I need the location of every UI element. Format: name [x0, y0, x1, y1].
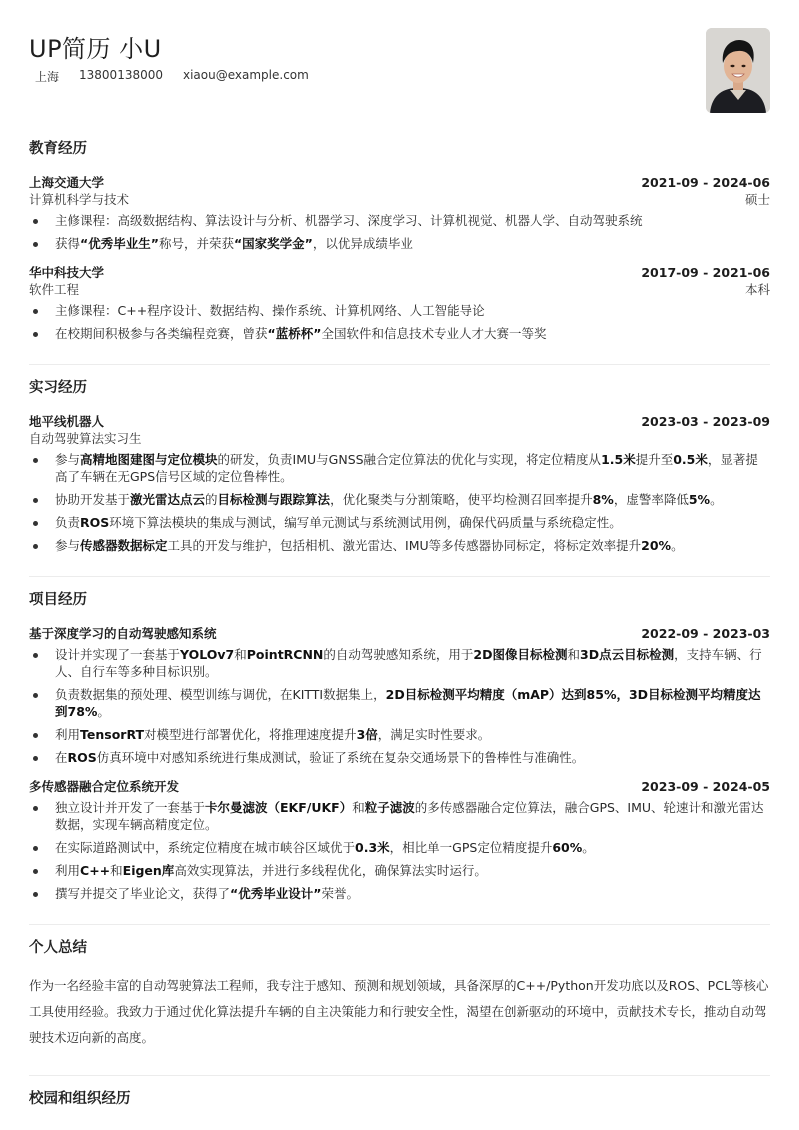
campus-section: 校园和组织经历 — [29, 1075, 770, 1110]
entry-title: 上海交通大学 — [29, 174, 104, 191]
profile-photo — [706, 28, 770, 113]
summary-section: 个人总结 作为一名经验丰富的自动驾驶算法工程师，我专注于感知、预测和规划领域，具… — [29, 924, 770, 1051]
entry-dates: 2022-09 - 2023-03 — [641, 625, 770, 642]
bold-highlight: 8% — [593, 492, 614, 507]
avatar-portrait-icon — [706, 28, 770, 113]
bullet-item: 协助开发基于激光雷达点云的目标检测与跟踪算法，优化聚类与分割策略，使平均检测召回… — [29, 491, 770, 508]
bullet-item: 主修课程：C++程序设计、数据结构、操作系统、计算机网络、人工智能导论 — [29, 302, 770, 319]
email-text: xiaou@example.com — [183, 68, 309, 85]
internship-section: 实习经历 地平线机器人2023-03 - 2023-09自动驾驶算法实习生参与高… — [29, 364, 770, 554]
entry-title: 基于深度学习的自动驾驶感知系统 — [29, 625, 217, 642]
entry-subtitle: 计算机科学与技术 — [29, 191, 129, 208]
entry: 地平线机器人2023-03 - 2023-09自动驾驶算法实习生参与高精地图建图… — [29, 413, 770, 554]
bullet-item: 在校期间积极参与各类编程竞赛，曾获“蓝桥杯”全国软件和信息技术专业人才大赛一等奖 — [29, 325, 770, 342]
bold-highlight: ROS — [80, 515, 109, 530]
section-title: 项目经历 — [29, 589, 770, 611]
entry-dates: 2017-09 - 2021-06 — [641, 264, 770, 281]
bold-highlight: Eigen库 — [123, 863, 175, 878]
resume-header: UP简历 小U 上海 13800138000 xiaou@example.com — [29, 0, 770, 128]
entry-header-row: 华中科技大学2017-09 - 2021-06 — [29, 264, 770, 281]
bullet-item: 获得“优秀毕业生”称号，并荣获“国家奖学金”，以优异成绩毕业 — [29, 235, 770, 252]
bold-highlight: 高精地图建图与定位模块 — [80, 452, 218, 467]
bold-highlight: 0.3米 — [355, 840, 390, 855]
entry-header-row: 地平线机器人2023-03 - 2023-09 — [29, 413, 770, 430]
bold-highlight: C++ — [80, 863, 110, 878]
entry-title: 多传感器融合定位系统开发 — [29, 778, 179, 795]
bullet-item: 负责数据集的预处理、模型训练与调优，在KITTI数据集上，2D目标检测平均精度（… — [29, 686, 770, 720]
bullet-item: 在实际道路测试中，系统定位精度在城市峡谷区域优于0.3米，相比单一GPS定位精度… — [29, 839, 770, 856]
entry-dates: 2023-09 - 2024-05 — [641, 778, 770, 795]
contact-info: 上海 13800138000 xiaou@example.com — [35, 68, 309, 85]
bold-highlight: 0.5米 — [673, 452, 708, 467]
bullet-list: 主修课程：高级数据结构、算法设计与分析、机器学习、深度学习、计算机视觉、机器人学… — [29, 212, 770, 252]
bold-highlight: ROS — [68, 750, 97, 765]
bullet-item: 参与高精地图建图与定位模块的研发，负责IMU与GNSS融合定位算法的优化与实现，… — [29, 451, 770, 485]
bullet-item: 撰写并提交了毕业论文，获得了“优秀毕业设计”荣誉。 — [29, 885, 770, 902]
entry-degree: 硕士 — [745, 191, 770, 208]
bold-highlight: “优秀毕业生” — [80, 236, 159, 251]
bold-highlight: 激光雷达点云 — [130, 492, 205, 507]
bold-highlight: 卡尔曼滤波（EKF/UKF） — [205, 800, 352, 815]
entry-subtitle: 自动驾驶算法实习生 — [29, 430, 142, 447]
entry-header-row: 基于深度学习的自动驾驶感知系统2022-09 - 2023-03 — [29, 625, 770, 642]
entry-dates: 2021-09 - 2024-06 — [641, 174, 770, 191]
entry: 基于深度学习的自动驾驶感知系统2022-09 - 2023-03设计并实现了一套… — [29, 625, 770, 766]
bold-highlight: 目标检测与跟踪算法 — [218, 492, 331, 507]
section-title: 校园和组织经历 — [29, 1088, 770, 1110]
projects-section: 项目经历 基于深度学习的自动驾驶感知系统2022-09 - 2023-03设计并… — [29, 576, 770, 902]
bold-highlight: YOLOv7 — [180, 647, 234, 662]
entry-subtitle: 软件工程 — [29, 281, 79, 298]
entry-degree: 本科 — [745, 281, 770, 298]
education-section: 教育经历 上海交通大学2021-09 - 2024-06计算机科学与技术硕士主修… — [29, 128, 770, 342]
section-title: 实习经历 — [29, 377, 770, 399]
bold-highlight: 3倍 — [357, 727, 378, 742]
bold-highlight: 60% — [552, 840, 582, 855]
bold-highlight: PointRCNN — [247, 647, 324, 662]
bold-highlight: 3D点云目标检测 — [580, 647, 674, 662]
summary-text: 作为一名经验丰富的自动驾驶算法工程师，我专注于感知、预测和规划领域，具备深厚的C… — [29, 973, 770, 1051]
bullet-item: 主修课程：高级数据结构、算法设计与分析、机器学习、深度学习、计算机视觉、机器人学… — [29, 212, 770, 229]
bullet-list: 独立设计并开发了一套基于卡尔曼滤波（EKF/UKF）和粒子滤波的多传感器融合定位… — [29, 799, 770, 902]
bold-highlight: TensorRT — [80, 727, 144, 742]
entry-header-row: 多传感器融合定位系统开发2023-09 - 2024-05 — [29, 778, 770, 795]
bold-highlight: 20% — [641, 538, 671, 553]
location-text: 上海 — [35, 68, 59, 85]
entry-title: 地平线机器人 — [29, 413, 104, 430]
section-title: 个人总结 — [29, 937, 770, 959]
entry-sub-row: 自动驾驶算法实习生 — [29, 430, 770, 447]
bullet-item: 独立设计并开发了一套基于卡尔曼滤波（EKF/UKF）和粒子滤波的多传感器融合定位… — [29, 799, 770, 833]
bullet-list: 主修课程：C++程序设计、数据结构、操作系统、计算机网络、人工智能导论在校期间积… — [29, 302, 770, 342]
bullet-item: 设计并实现了一套基于YOLOv7和PointRCNN的自动驾驶感知系统，用于2D… — [29, 646, 770, 680]
phone-text: 13800138000 — [79, 68, 163, 85]
entry-sub-row: 计算机科学与技术硕士 — [29, 191, 770, 208]
bullet-item: 在ROS仿真环境中对感知系统进行集成测试，验证了系统在复杂交通场景下的鲁棒性与准… — [29, 749, 770, 766]
entry-header-row: 上海交通大学2021-09 - 2024-06 — [29, 174, 770, 191]
entry: 多传感器融合定位系统开发2023-09 - 2024-05独立设计并开发了一套基… — [29, 778, 770, 902]
bullet-list: 参与高精地图建图与定位模块的研发，负责IMU与GNSS融合定位算法的优化与实现，… — [29, 451, 770, 554]
entry-dates: 2023-03 - 2023-09 — [641, 413, 770, 430]
bold-highlight: “蓝桥杯” — [268, 326, 322, 341]
bullet-item: 利用TensorRT对模型进行部署优化，将推理速度提升3倍，满足实时性要求。 — [29, 726, 770, 743]
bold-highlight: 2D目标检测平均精度（mAP）达到85%，3D目标检测平均精度达到78% — [55, 687, 761, 719]
bold-highlight: 粒子滤波 — [365, 800, 415, 815]
bullet-item: 参与传感器数据标定工具的开发与维护，包括相机、激光雷达、IMU等多传感器协同标定… — [29, 537, 770, 554]
bullet-item: 负责ROS环境下算法模块的集成与测试，编写单元测试与系统测试用例，确保代码质量与… — [29, 514, 770, 531]
bold-highlight: 2D图像目标检测 — [473, 647, 567, 662]
entry: 华中科技大学2017-09 - 2021-06软件工程本科主修课程：C++程序设… — [29, 264, 770, 342]
entry-title: 华中科技大学 — [29, 264, 104, 281]
entry: 上海交通大学2021-09 - 2024-06计算机科学与技术硕士主修课程：高级… — [29, 174, 770, 252]
bullet-item: 利用C++和Eigen库高效实现算法，并进行多线程优化，确保算法实时运行。 — [29, 862, 770, 879]
section-title: 教育经历 — [29, 138, 770, 160]
bold-highlight: 1.5米 — [601, 452, 636, 467]
bold-highlight: 5% — [689, 492, 710, 507]
bold-highlight: “优秀毕业设计” — [230, 886, 321, 901]
entry-sub-row: 软件工程本科 — [29, 281, 770, 298]
resume-page: UP简历 小U 上海 13800138000 xiaou@example.com… — [29, 0, 770, 1124]
bold-highlight: “国家奖学金” — [234, 236, 313, 251]
candidate-name: UP简历 小U — [29, 29, 162, 64]
bullet-list: 设计并实现了一套基于YOLOv7和PointRCNN的自动驾驶感知系统，用于2D… — [29, 646, 770, 766]
bold-highlight: 传感器数据标定 — [80, 538, 168, 553]
